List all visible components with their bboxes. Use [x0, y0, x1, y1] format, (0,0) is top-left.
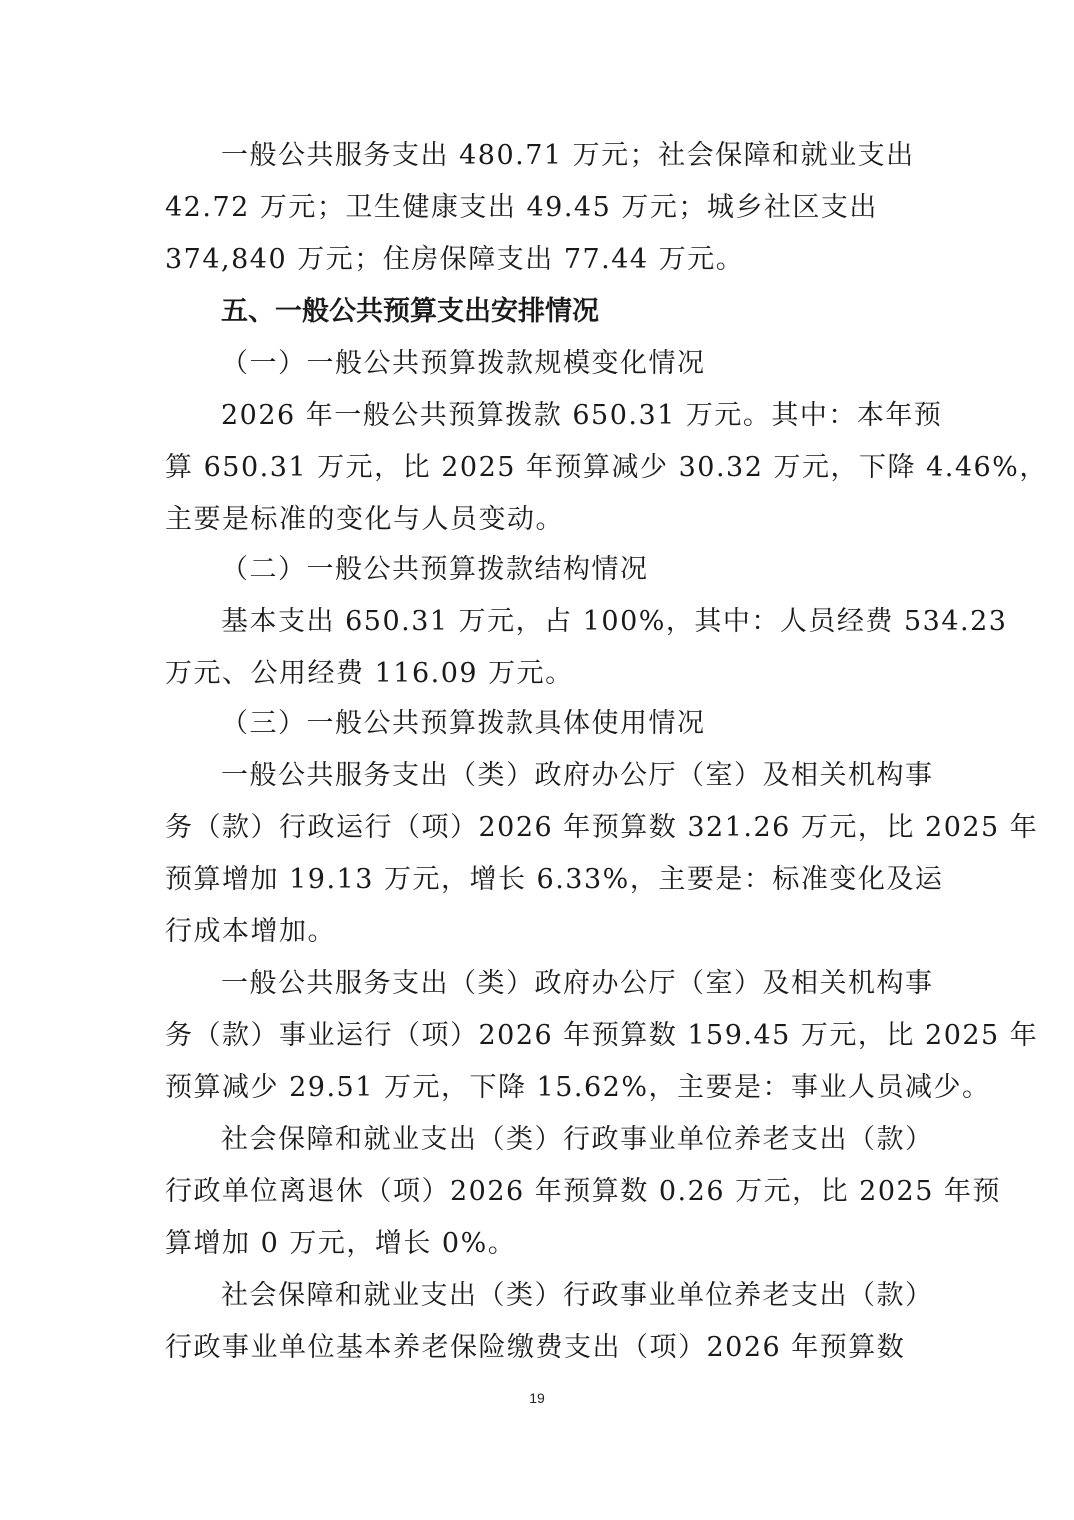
subsection-heading: （一）一般公共预算拨款规模变化情况 [221, 344, 706, 384]
subsection-heading: （二）一般公共预算拨款结构情况 [221, 550, 649, 590]
section-heading: 五、一般公共预算支出安排情况 [221, 292, 599, 332]
text-line: 务（款）事业运行（项）2026 年预算数 159.45 万元，比 2025 年 [165, 1016, 1038, 1056]
text-line: 预算减少 29.51 万元，下降 15.62%，主要是：事业人员减少。 [165, 1068, 991, 1108]
text-line: 基本支出 650.31 万元，占 100%，其中：人员经费 534.23 [221, 602, 1007, 642]
text-line: 42.72 万元；卫生健康支出 49.45 万元；城乡社区支出 [165, 188, 878, 228]
text-line: 务（款）行政运行（项）2026 年预算数 321.26 万元，比 2025 年 [165, 808, 1038, 848]
text-line: 万元、公用经费 116.09 万元。 [165, 654, 574, 694]
text-line: 行政单位离退休（项）2026 年预算数 0.26 万元，比 2025 年预 [165, 1172, 1001, 1212]
text-line: 主要是标准的变化与人员变动。 [165, 500, 564, 540]
text-line: 社会保障和就业支出（类）行政事业单位养老支出（款） [221, 1120, 934, 1160]
text-line: 一般公共服务支出（类）政府办公厅（室）及相关机构事 [221, 964, 934, 1004]
text-line: 算 650.31 万元，比 2025 年预算减少 30.32 万元，下降 4.4… [165, 448, 1048, 488]
text-line: 行政事业单位基本养老保险缴费支出（项）2026 年预算数 [165, 1328, 905, 1368]
subsection-heading: （三）一般公共预算拨款具体使用情况 [221, 704, 706, 744]
text-line: 一般公共服务支出 480.71 万元；社会保障和就业支出 [221, 136, 915, 176]
text-line: 一般公共服务支出（类）政府办公厅（室）及相关机构事 [221, 756, 934, 796]
page-number: 19 [0, 1390, 1074, 1406]
text-line: 374,840 万元；住房保障支出 77.44 万元。 [165, 240, 744, 280]
text-line: 行成本增加。 [165, 912, 336, 952]
text-line: 算增加 0 万元，增长 0%。 [165, 1224, 516, 1264]
text-line: 预算增加 19.13 万元，增长 6.33%，主要是：标准变化及运 [165, 860, 943, 900]
text-line: 2026 年一般公共预算拨款 650.31 万元。其中：本年预 [221, 396, 942, 436]
text-line: 社会保障和就业支出（类）行政事业单位养老支出（款） [221, 1276, 934, 1316]
